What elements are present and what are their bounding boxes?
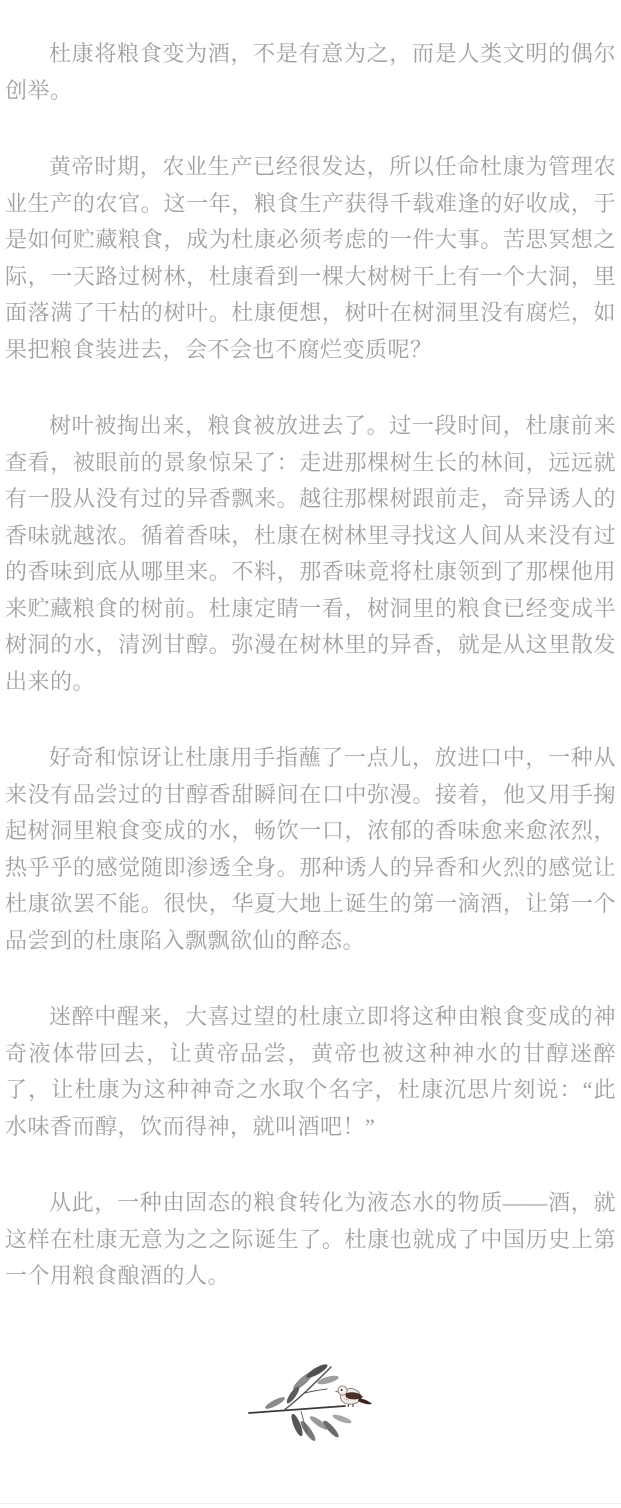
article-body: 杜康将粮食变为酒，不是有意为之，而是人类文明的偶尔创举。 黄帝时期，农业生产已经… [5, 36, 616, 1295]
paragraph-3: 树叶被掏出来，粮食被放进去了。过一段时间，杜康前来查看，被眼前的景象惊呆了：走进… [5, 408, 616, 700]
paragraph-2: 黄帝时期，农业生产已经很发达，所以任命杜康为管理农业生产的农官。这一年，粮食生产… [5, 149, 616, 368]
bird-on-branch-icon [245, 1353, 377, 1445]
bird-branch-illustration [5, 1353, 616, 1450]
article-page: 杜康将粮食变为酒，不是有意为之，而是人类文明的偶尔创举。 黄帝时期，农业生产已经… [0, 0, 621, 1508]
paragraph-1: 杜康将粮食变为酒，不是有意为之，而是人类文明的偶尔创举。 [5, 36, 616, 109]
bird-icon [334, 1385, 372, 1406]
paragraph-6: 从此，一种由固态的粮食转化为液态水的物质——酒，就这样在杜康无意为之之际诞生了。… [5, 1185, 616, 1295]
paragraph-5: 迷醉中醒来，大喜过望的杜康立即将这种由粮食变成的神奇液体带回去，让黄帝品尝，黄帝… [5, 999, 616, 1145]
paragraph-4: 好奇和惊讶让杜康用手指蘸了一点儿，放进口中，一种从来没有品尝过的甘醇香甜瞬间在口… [5, 740, 616, 959]
bottom-divider [0, 1503, 621, 1504]
